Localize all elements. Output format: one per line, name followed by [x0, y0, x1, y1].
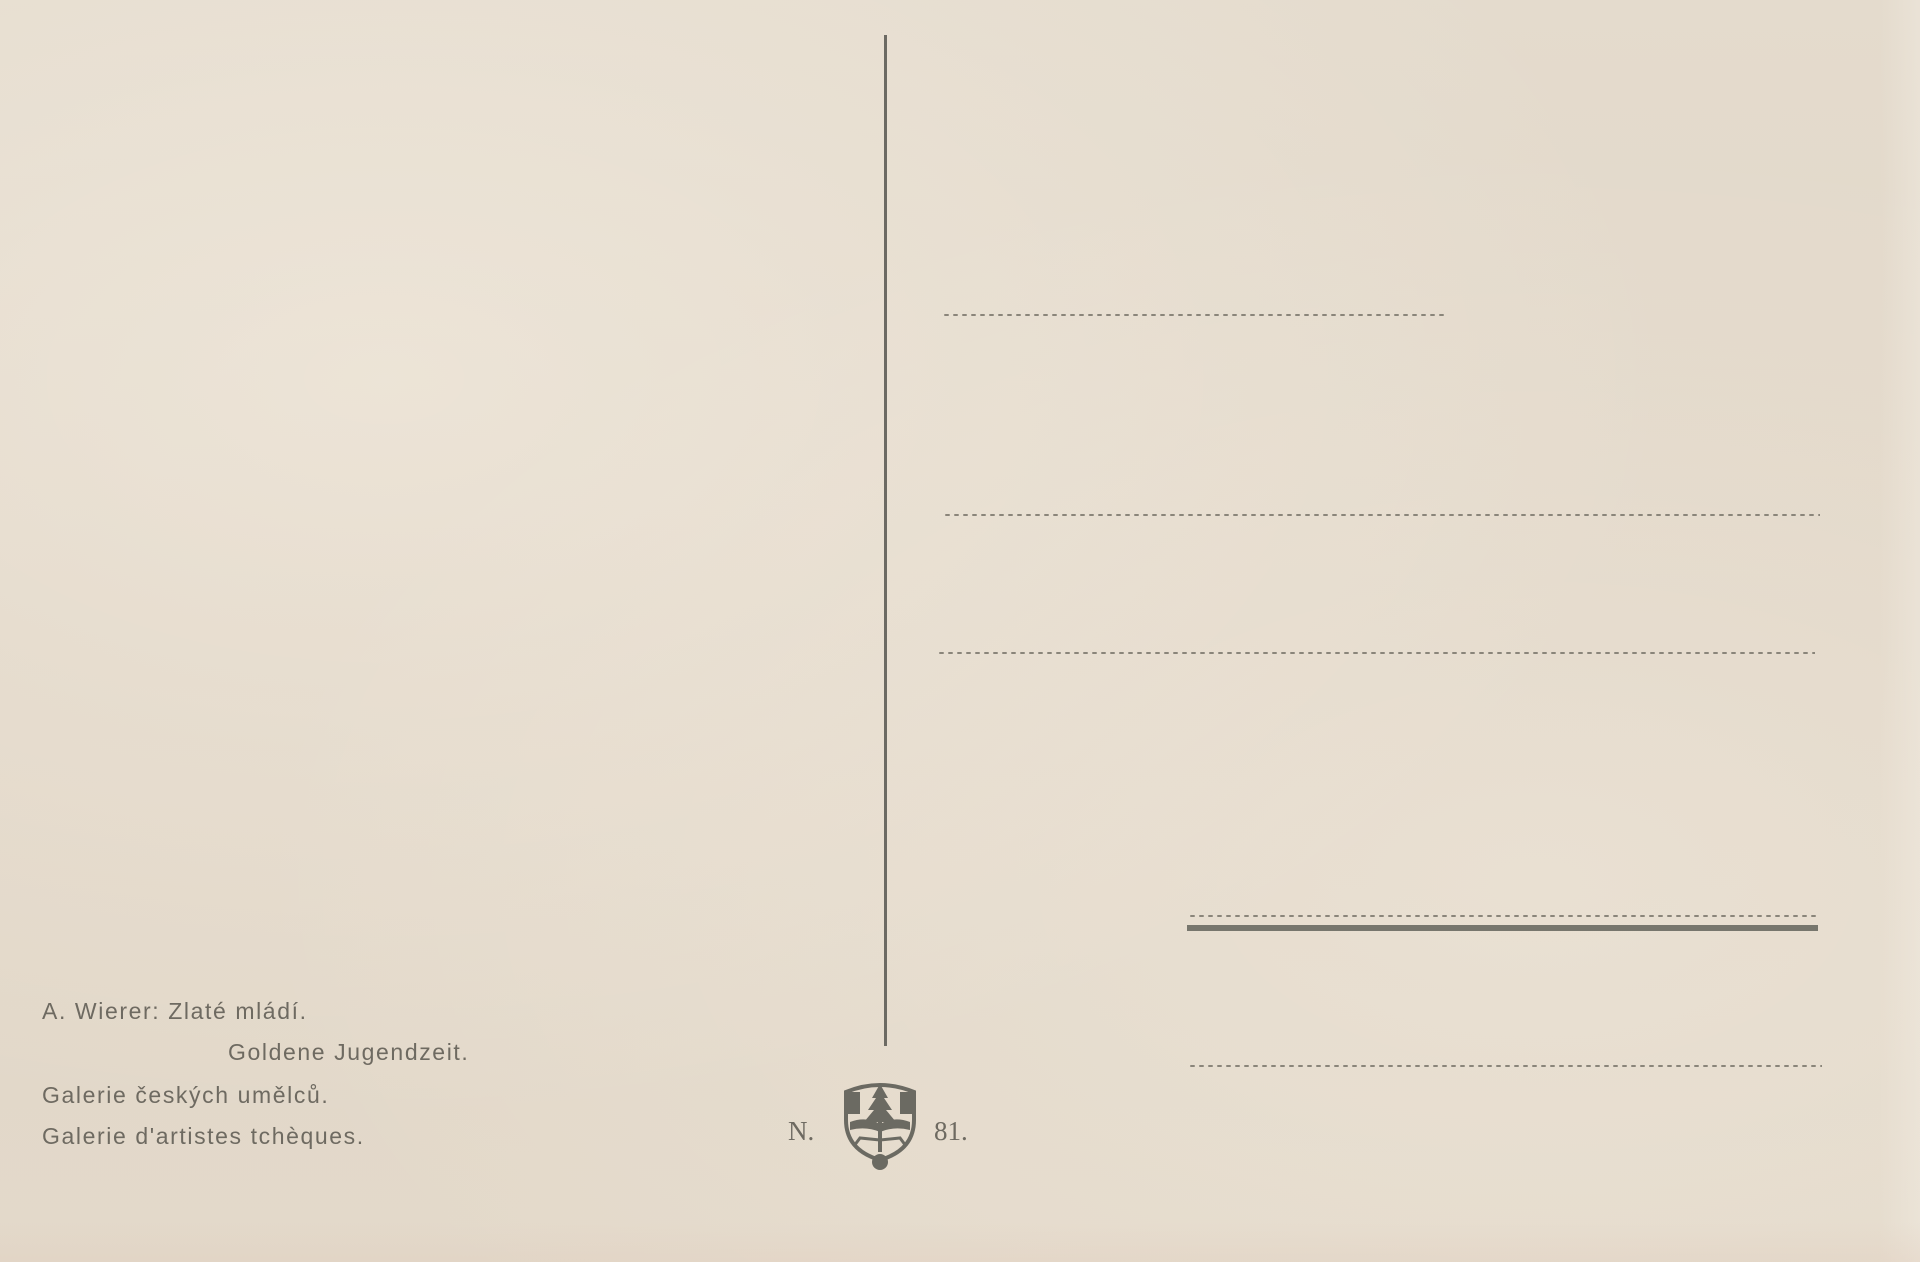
- caption-title-german: Goldene Jugendzeit.: [228, 1041, 469, 1064]
- postcard-back: [0, 0, 1920, 1262]
- caption-gallery-french: Galerie d'artistes tchèques.: [42, 1125, 365, 1148]
- address-line-3: [937, 652, 1815, 654]
- caption-gallery-czech: Galerie českých umělců.: [42, 1084, 329, 1107]
- series-prefix: N.: [788, 1118, 814, 1145]
- address-underline-solid: [1187, 925, 1818, 931]
- address-line-5: [1188, 1065, 1822, 1067]
- address-line-1: [942, 314, 1445, 316]
- series-number: 81.: [934, 1118, 968, 1145]
- address-line-4: [1188, 915, 1818, 917]
- paper-edge-bottom: [0, 1222, 1920, 1262]
- center-divider-line: [884, 35, 887, 1046]
- tree-shield-emblem-icon: [836, 1080, 924, 1172]
- address-line-2: [943, 514, 1820, 516]
- paper-edge-right: [1880, 0, 1920, 1262]
- caption-artist-title: A. Wierer: Zlaté mládí.: [42, 1000, 308, 1023]
